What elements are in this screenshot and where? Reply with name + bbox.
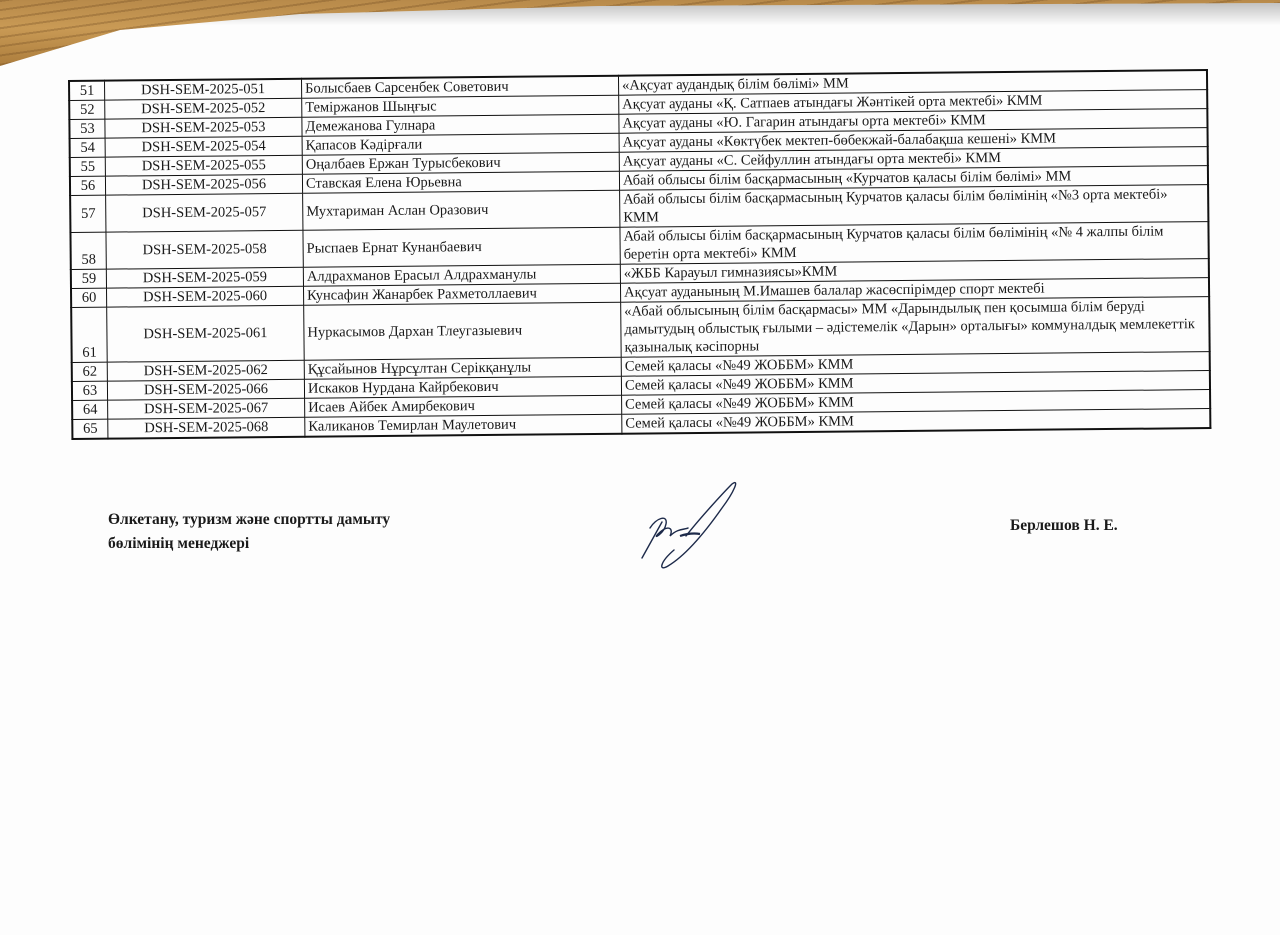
document-page: 51 DSH-SEM-2025-051 Болысбаев Сарсенбек … <box>68 69 1211 440</box>
signature-icon <box>628 478 748 573</box>
certificate-code: DSH-SEM-2025-056 <box>105 174 302 195</box>
row-number: 58 <box>70 232 106 269</box>
row-number: 65 <box>72 419 108 439</box>
row-number: 64 <box>72 400 108 419</box>
participant-name: Мухтариман Аслан Оразович <box>303 190 620 230</box>
row-number: 52 <box>69 100 105 119</box>
participants-table: 51 DSH-SEM-2025-051 Болысбаев Сарсенбек … <box>68 69 1211 440</box>
certificate-code: DSH-SEM-2025-055 <box>105 155 302 176</box>
organization: «Абай облысының білім басқармасы» ММ «Да… <box>621 297 1210 358</box>
certificate-code: DSH-SEM-2025-067 <box>108 398 305 419</box>
certificate-code: DSH-SEM-2025-066 <box>107 379 304 400</box>
row-number: 63 <box>72 381 108 400</box>
organization: Абай облысы білім басқармасының Курчатов… <box>620 185 1209 228</box>
certificate-code: DSH-SEM-2025-060 <box>106 286 303 307</box>
participant-name: Нуркасымов Дархан Тлеугазыевич <box>304 302 622 360</box>
row-number: 55 <box>70 157 106 176</box>
row-number: 57 <box>70 195 106 232</box>
certificate-code: DSH-SEM-2025-068 <box>108 417 305 438</box>
row-number: 62 <box>72 362 108 381</box>
row-number: 51 <box>69 81 105 101</box>
row-number: 61 <box>71 307 107 362</box>
certificate-code: DSH-SEM-2025-054 <box>105 136 302 157</box>
row-number: 54 <box>70 138 106 157</box>
certificate-code: DSH-SEM-2025-059 <box>106 267 303 288</box>
certificate-code: DSH-SEM-2025-051 <box>105 79 302 100</box>
certificate-code: DSH-SEM-2025-053 <box>105 117 302 138</box>
row-number: 59 <box>71 269 107 288</box>
row-number: 60 <box>71 288 107 307</box>
certificate-code: DSH-SEM-2025-057 <box>106 193 303 232</box>
signer-position: Өлкетану, туризм және спортты дамыту бөл… <box>108 508 390 556</box>
row-number: 53 <box>69 119 105 138</box>
certificate-code: DSH-SEM-2025-058 <box>106 230 303 269</box>
participant-name: Рыспаев Ернат Кунанбаевич <box>303 227 620 267</box>
certificate-code: DSH-SEM-2025-052 <box>105 98 302 119</box>
certificate-code: DSH-SEM-2025-062 <box>107 360 304 381</box>
certificate-code: DSH-SEM-2025-061 <box>107 305 305 362</box>
organization: Абай облысы білім басқармасының Курчатов… <box>620 222 1209 265</box>
participant-name: Каликанов Темирлан Маулетович <box>305 414 622 437</box>
signer-name: Берлешов Н. Е. <box>1010 514 1118 538</box>
row-number: 56 <box>70 176 106 195</box>
